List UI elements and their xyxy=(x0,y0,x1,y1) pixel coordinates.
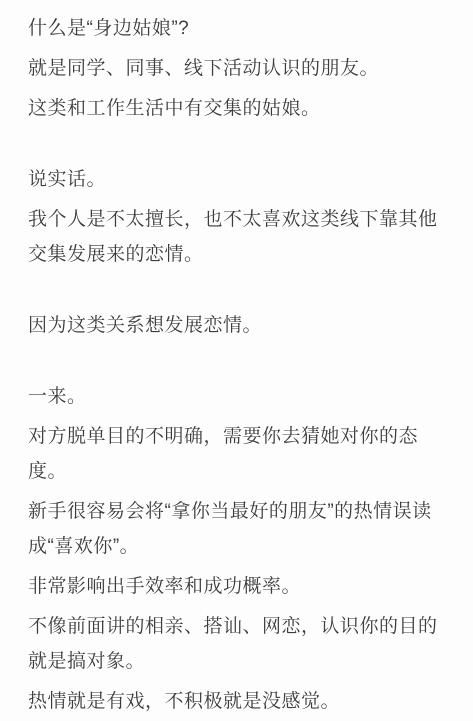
paragraph: 不像前面讲的相亲、搭讪、网恋，认识你的目的就是搞对象。 xyxy=(28,609,448,679)
paragraph: 这类和工作生活中有交集的姑娘。 xyxy=(28,91,448,126)
paragraph: 新手很容易会将“拿你当最好的朋友”的热情误读成“喜欢你”。 xyxy=(28,494,448,564)
paragraph: 我个人是不太擅长，也不太喜欢这类线下靠其他交集发展来的恋情。 xyxy=(28,202,448,272)
paragraph: 因为这类关系想发展恋情。 xyxy=(28,308,448,343)
paragraph: 对方脱单目的不明确，需要你去猜她对你的态度。 xyxy=(28,419,448,489)
paragraph: 热情就是有戏，不积极就是没感觉。 xyxy=(28,684,448,719)
paragraph: 说实话。 xyxy=(28,162,448,197)
paragraph-question-heading: 什么是“身边姑娘”? xyxy=(28,11,448,46)
article-page: 什么是“身边姑娘”? 就是同学、同事、线下活动认识的朋友。 这类和工作生活中有交… xyxy=(0,0,473,721)
paragraph: 就是同学、同事、线下活动认识的朋友。 xyxy=(28,51,448,86)
paragraph: 一来。 xyxy=(28,379,448,414)
paragraph: 非常影响出手效率和成功概率。 xyxy=(28,569,448,604)
